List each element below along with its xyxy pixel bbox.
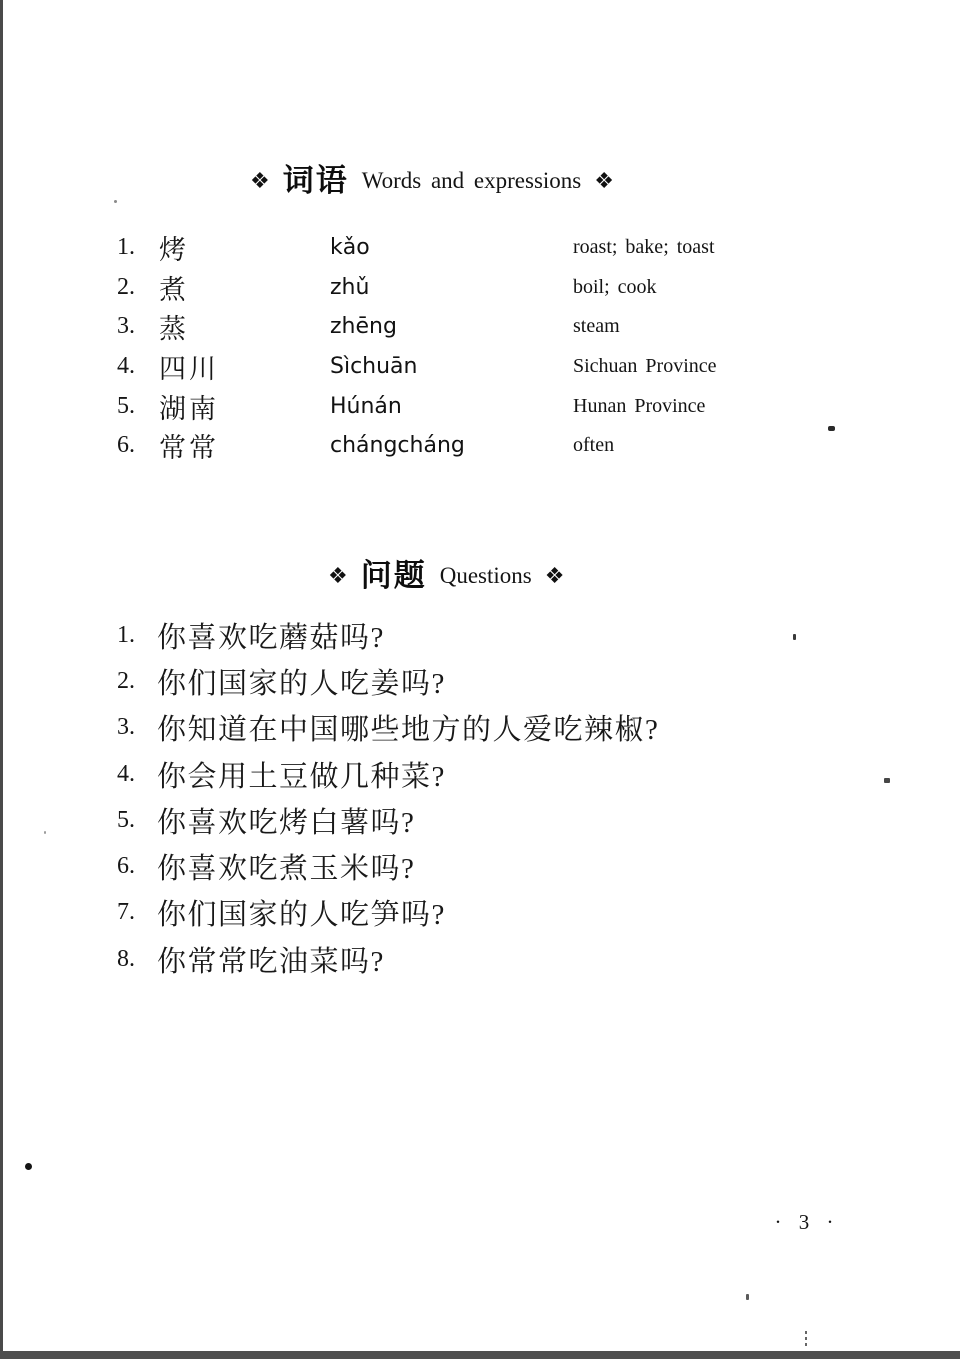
page-number: · 3 · — [757, 1210, 857, 1235]
scan-speck — [746, 1294, 749, 1300]
scan-edge-line — [0, 0, 3, 1359]
scan-speck — [44, 831, 46, 834]
vocab-number: 1. — [117, 234, 147, 261]
question-number: 2. — [117, 668, 147, 695]
vocab-hanzi: 湖南 — [159, 387, 219, 426]
words-title-english: Words and expressions — [362, 168, 582, 194]
scan-dash-artifact — [805, 1331, 807, 1347]
vocab-pinyin: kǎo — [330, 235, 573, 260]
question-number: 3. — [117, 714, 147, 741]
question-row: 8. 你常常吃油菜吗? — [117, 936, 877, 982]
vocab-english: Sichuan Province — [573, 355, 847, 378]
question-row: 5. 你喜欢吃烤白薯吗? — [117, 797, 877, 843]
scan-speck — [884, 778, 890, 783]
vocab-english: roast; bake; toast — [573, 236, 847, 259]
vocab-number: 6. — [117, 432, 147, 459]
question-number: 4. — [117, 761, 147, 788]
knot-ornament-icon: ❖ — [328, 566, 348, 588]
vocab-pinyin: Húnán — [330, 394, 573, 419]
vocab-hanzi: 四川 — [159, 347, 219, 386]
vocab-hanzi: 煮 — [159, 268, 189, 307]
question-row: 7. 你们国家的人吃笋吗? — [117, 890, 877, 936]
scan-speck — [114, 200, 117, 203]
vocab-english: steam — [573, 315, 847, 338]
question-text: 你喜欢吃烤白薯吗? — [157, 800, 415, 841]
question-text: 你喜欢吃煮玉米吗? — [157, 846, 415, 887]
vocab-row: 5. 湖南 Húnán Hunan Province — [117, 386, 847, 426]
knot-ornament-icon: ❖ — [545, 566, 565, 588]
scan-edge-bottom-band — [0, 1351, 960, 1359]
vocab-pinyin: zhǔ — [330, 275, 573, 300]
knot-ornament-icon: ❖ — [250, 171, 270, 193]
questions-section-header: ❖ 问题 Questions ❖ — [328, 559, 564, 593]
question-text: 你们国家的人吃姜吗? — [157, 661, 446, 702]
vocab-pinyin: zhēng — [330, 314, 573, 339]
vocab-english: Hunan Province — [573, 395, 847, 418]
vocabulary-list: 1. 烤 kǎo roast; bake; toast 2. 煮 zhǔ boi… — [117, 228, 847, 466]
vocab-row: 1. 烤 kǎo roast; bake; toast — [117, 228, 847, 268]
question-number: 7. — [117, 899, 147, 926]
vocab-hanzi: 烤 — [159, 228, 189, 267]
question-row: 4. 你会用土豆做几种菜? — [117, 751, 877, 797]
question-text: 你喜欢吃蘑菇吗? — [157, 615, 385, 656]
question-number: 6. — [117, 853, 147, 880]
question-row: 6. 你喜欢吃煮玉米吗? — [117, 843, 877, 889]
question-number: 5. — [117, 807, 147, 834]
words-section-header: ❖ 词语 Words and expressions ❖ — [250, 164, 614, 198]
book-page: ❖ 词语 Words and expressions ❖ 1. 烤 kǎo ro… — [0, 0, 960, 1359]
question-row: 2. 你们国家的人吃姜吗? — [117, 658, 877, 704]
vocab-english: often — [573, 434, 847, 457]
question-text: 你知道在中国哪些地方的人爱吃辣椒? — [157, 707, 659, 748]
question-text: 你会用土豆做几种菜? — [157, 754, 446, 795]
vocab-number: 3. — [117, 313, 147, 340]
vocab-number: 2. — [117, 274, 147, 301]
knot-ornament-icon: ❖ — [594, 171, 614, 193]
vocab-pinyin: chángcháng — [330, 433, 573, 458]
vocab-pinyin: Sìchuān — [330, 354, 573, 379]
vocab-number: 5. — [117, 393, 147, 420]
vocab-row: 4. 四川 Sìchuān Sichuan Province — [117, 347, 847, 387]
vocab-number: 4. — [117, 353, 147, 380]
question-number: 1. — [117, 622, 147, 649]
vocab-row: 6. 常常 chángcháng often — [117, 426, 847, 466]
vocab-row: 3. 蒸 zhēng steam — [117, 307, 847, 347]
vocab-english: boil; cook — [573, 276, 847, 299]
vocab-hanzi: 常常 — [159, 426, 219, 465]
question-text: 你常常吃油菜吗? — [157, 939, 385, 980]
question-row: 1. 你喜欢吃蘑菇吗? — [117, 612, 877, 658]
words-title-chinese: 词语 — [283, 164, 349, 198]
scan-speck — [25, 1163, 32, 1170]
question-text: 你们国家的人吃笋吗? — [157, 892, 446, 933]
questions-list: 1. 你喜欢吃蘑菇吗? 2. 你们国家的人吃姜吗? 3. 你知道在中国哪些地方的… — [117, 612, 877, 982]
vocab-row: 2. 煮 zhǔ boil; cook — [117, 268, 847, 308]
questions-title-english: Questions — [440, 563, 532, 589]
question-row: 3. 你知道在中国哪些地方的人爱吃辣椒? — [117, 705, 877, 751]
vocab-hanzi: 蒸 — [159, 307, 189, 346]
question-number: 8. — [117, 946, 147, 973]
questions-title-chinese: 问题 — [361, 559, 427, 593]
